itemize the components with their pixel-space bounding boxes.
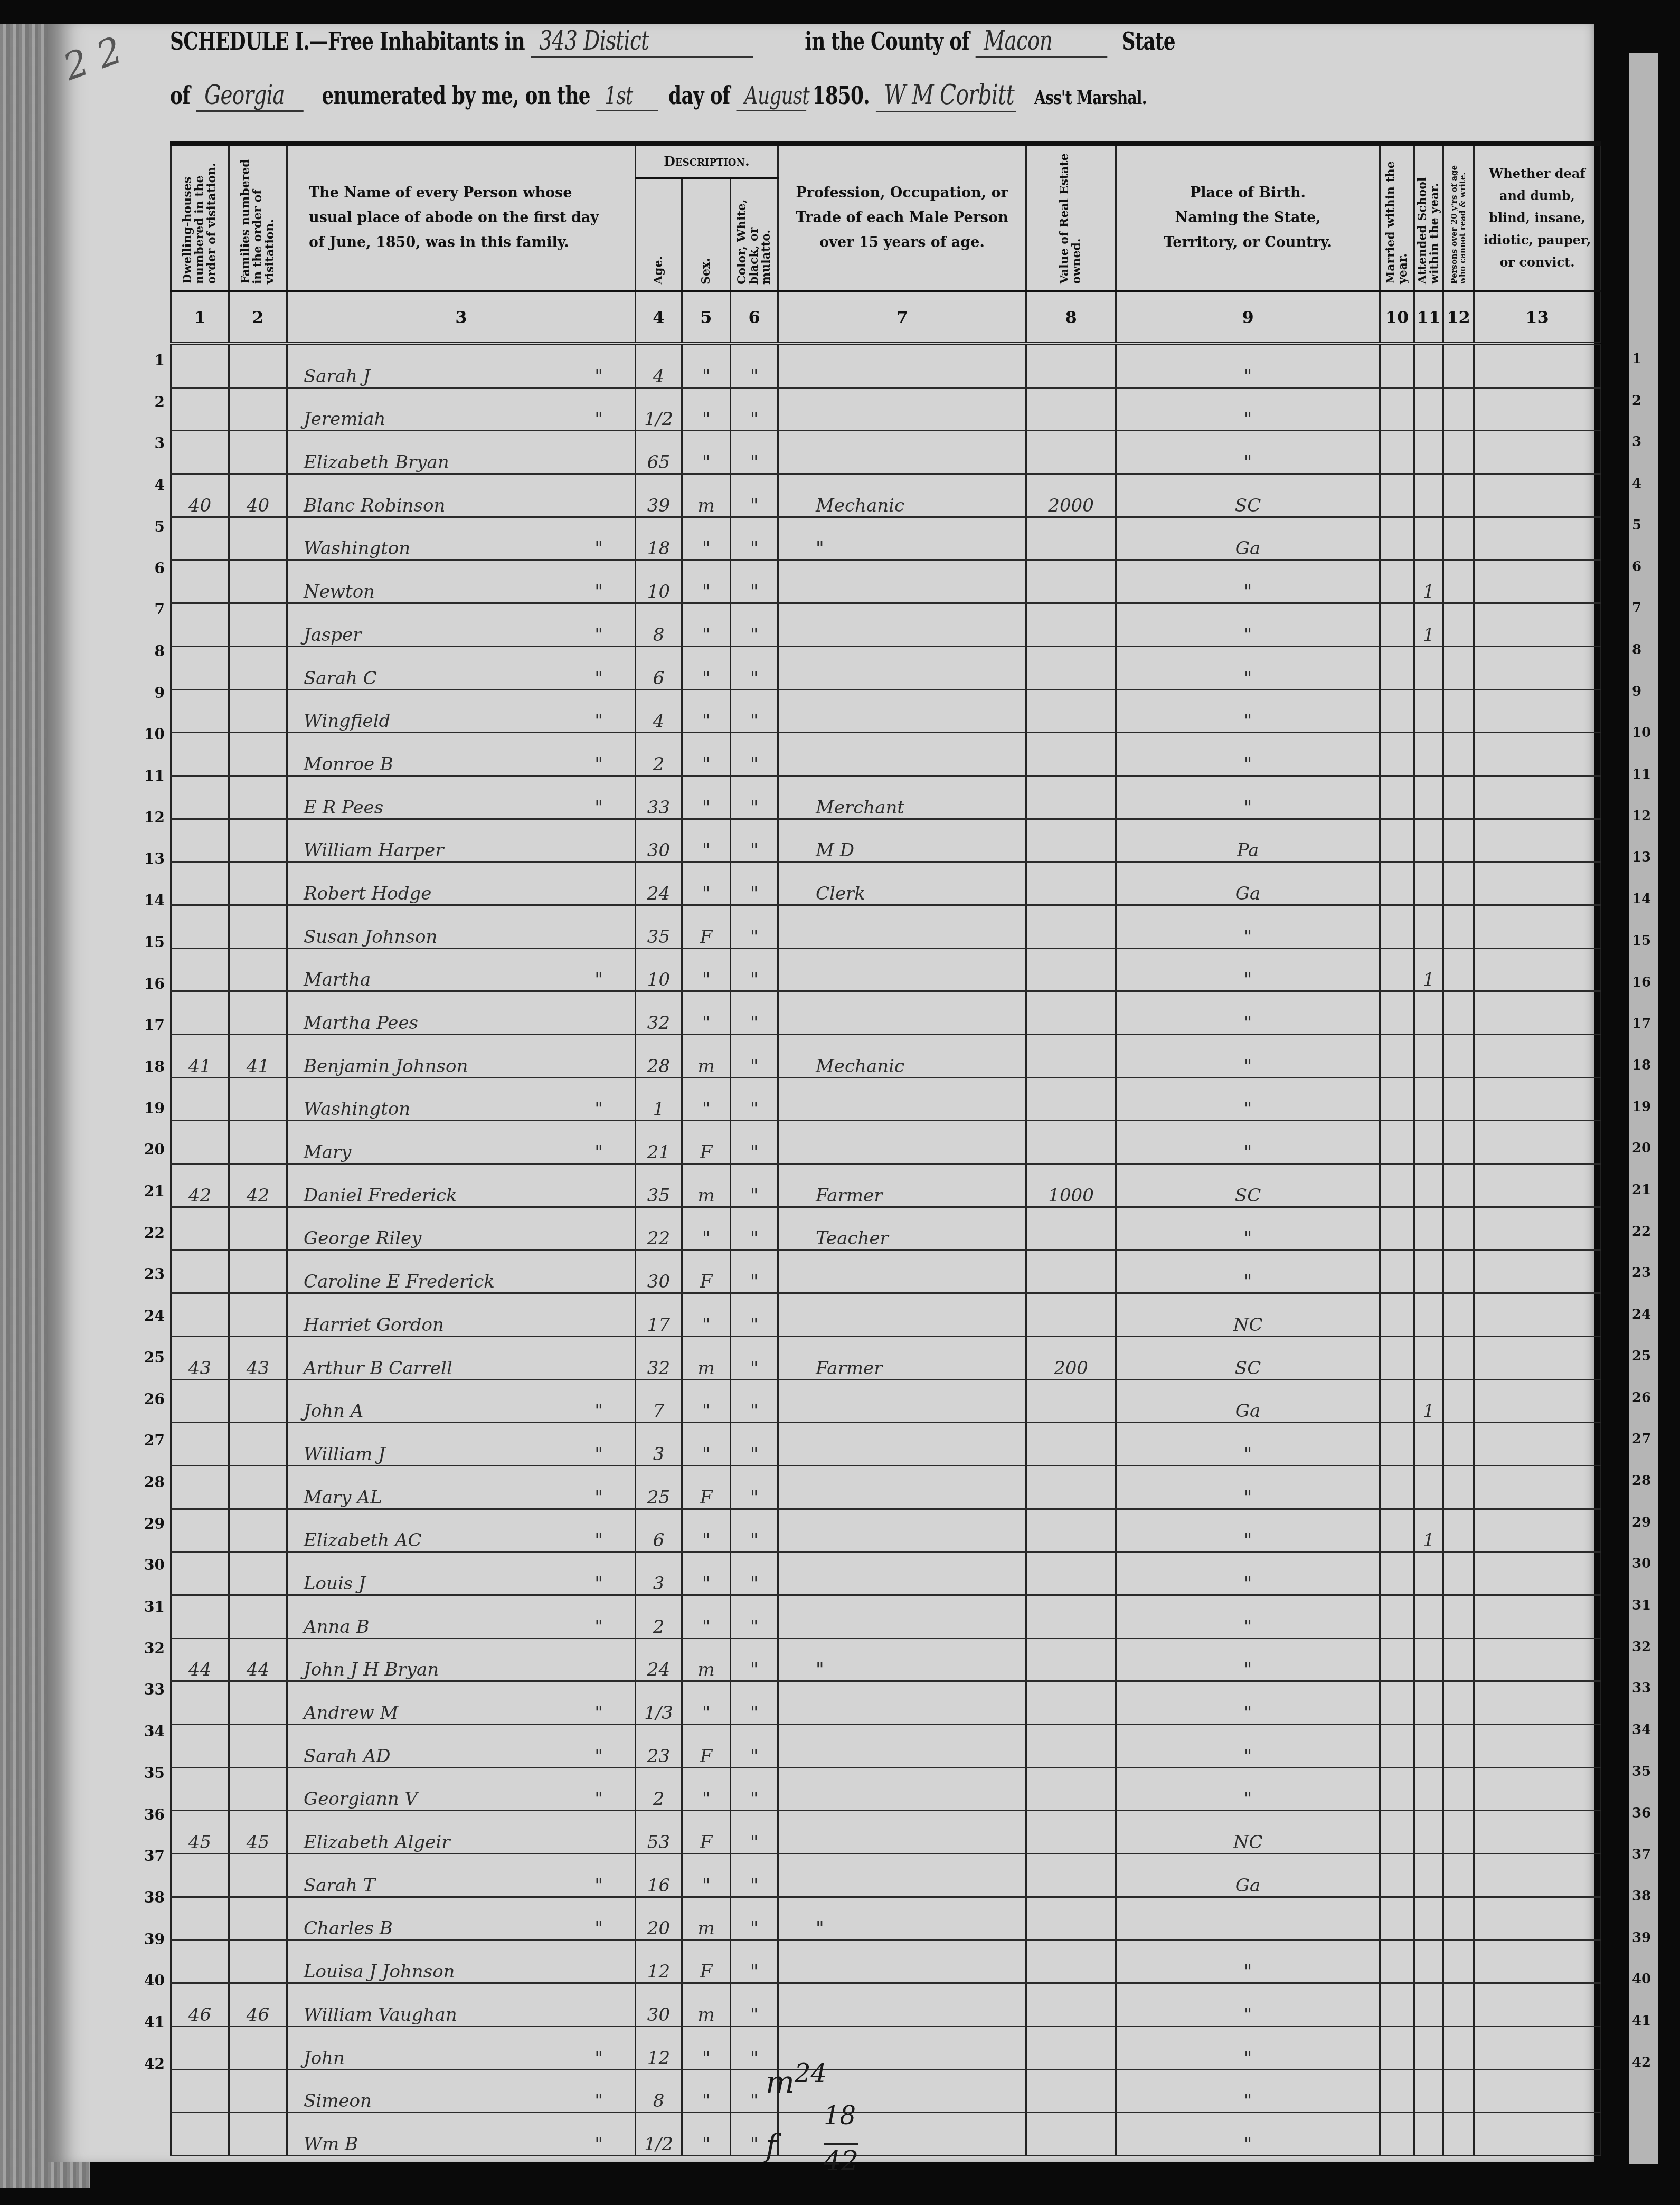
married-in-year-cell: [1380, 905, 1414, 948]
occupation-cell: [778, 1681, 1026, 1725]
surname-ditto-mark: ": [594, 797, 603, 818]
married-in-year-cell: [1380, 991, 1414, 1035]
line-number: 12: [138, 809, 165, 826]
state-field: Georgia: [196, 80, 304, 112]
person-name-cell: Caroline E Frederick: [287, 1250, 636, 1293]
table-row: Sarah J"4""": [171, 344, 1601, 387]
married-in-year-cell: [1380, 431, 1414, 474]
dwelling-number-cell: [171, 1595, 229, 1638]
dwelling-number-cell: 46: [171, 1983, 229, 2027]
condition-cell: [1474, 1207, 1601, 1250]
condition-cell: [1474, 1336, 1601, 1379]
age: 30: [647, 2004, 670, 2026]
birthplace-cell: ": [1116, 1725, 1380, 1768]
next-page-line-number: 12: [1632, 808, 1651, 824]
cannot-read-write-cell: [1443, 905, 1474, 948]
attended-school-cell: [1414, 1854, 1443, 1897]
color: ": [750, 2134, 759, 2155]
birthplace: ": [1244, 711, 1252, 732]
line-number: 29: [138, 1515, 165, 1532]
line-number: 38: [138, 1889, 165, 1906]
table-row: 4343Arthur B Carrell32m"Farmer200SC: [171, 1336, 1601, 1379]
age: 1/3: [644, 1702, 673, 1724]
surname-ditto-mark: ": [594, 668, 603, 689]
family-number-cell: [229, 1940, 287, 1983]
dwelling-number-cell: [171, 948, 229, 991]
table-row: Jasper"8"""1: [171, 603, 1601, 647]
married-in-year-cell: [1380, 1423, 1414, 1466]
age: 30: [647, 1271, 670, 1292]
age-cell: 30: [636, 819, 682, 862]
col-dwelling-header: Dwelling-houses numbered in the order of…: [171, 144, 229, 291]
family-number: 40: [247, 495, 269, 516]
line-number: 19: [138, 1100, 165, 1117]
enumerated-label: enumerated by me, on the: [322, 81, 590, 110]
age-cell: 10: [636, 948, 682, 991]
schedule-label: SCHEDULE I.—Free Inhabitants in: [170, 27, 525, 55]
condition-cell: [1474, 819, 1601, 862]
cannot-read-write-cell: [1443, 2113, 1474, 2156]
color-cell: ": [731, 775, 778, 819]
color-cell: ": [731, 1681, 778, 1725]
table-row: 4444John J H Bryan24m""": [171, 1638, 1601, 1681]
col-birthplace-header: Place of Birth. Naming the State, Territ…: [1116, 144, 1380, 291]
birthplace: ": [1244, 926, 1252, 948]
dwelling-number-cell: [171, 603, 229, 647]
birthplace-cell: ": [1116, 1552, 1380, 1595]
person-name: Simeon: [304, 2090, 372, 2112]
real-estate-value-cell: [1026, 1940, 1116, 1983]
birthplace: ": [1244, 452, 1252, 473]
person-name: Susan Johnson: [304, 926, 437, 948]
condition-cell: [1474, 1767, 1601, 1811]
dwelling-number-cell: [171, 1509, 229, 1552]
color: ": [750, 1056, 759, 1077]
occupation: ": [816, 538, 824, 559]
condition-cell: [1474, 1854, 1601, 1897]
line-number: 41: [138, 2013, 165, 2031]
next-page-line-number: 19: [1632, 1099, 1651, 1115]
occupation-cell: [778, 1509, 1026, 1552]
next-page-line-number: 8: [1632, 642, 1641, 658]
sex-cell: ": [682, 2026, 731, 2069]
next-page-line-number: 36: [1632, 1805, 1651, 1821]
person-name-cell: Blanc Robinson: [287, 474, 636, 517]
line-number: 2: [138, 393, 165, 411]
sex-cell: F: [682, 1465, 731, 1509]
sex: ": [702, 2090, 711, 2112]
family-number-cell: 40: [229, 474, 287, 517]
cannot-read-write-cell: [1443, 474, 1474, 517]
color: ": [750, 409, 759, 430]
line-number: 34: [138, 1723, 165, 1740]
sex-cell: F: [682, 1940, 731, 1983]
real-estate-value-cell: [1026, 517, 1116, 560]
birthplace-cell: ": [1116, 387, 1380, 431]
sex-cell: ": [682, 344, 731, 387]
next-page-line-number: 15: [1632, 933, 1651, 949]
sex-cell: F: [682, 1725, 731, 1768]
age-cell: 30: [636, 1250, 682, 1293]
color-cell: ": [731, 1465, 778, 1509]
next-page-line-number: 18: [1632, 1057, 1651, 1073]
sex-cell: ": [682, 862, 731, 905]
sex-cell: ": [682, 517, 731, 560]
attended-school-cell: [1414, 991, 1443, 1035]
family-number-cell: [229, 517, 287, 560]
age: 53: [647, 1832, 670, 1853]
dwelling-number-cell: [171, 1681, 229, 1725]
cannot-read-write-cell: [1443, 603, 1474, 647]
next-page-edge: 1234567891011121314151617181920212223242…: [1629, 53, 1658, 2164]
attended-school-cell: [1414, 775, 1443, 819]
color-cell: ": [731, 689, 778, 733]
married-in-year-cell: [1380, 344, 1414, 387]
occupation-cell: M D: [778, 819, 1026, 862]
table-row: John A"7""Ga1: [171, 1379, 1601, 1423]
next-page-line-number: 11: [1632, 766, 1651, 782]
person-name: John A: [304, 1400, 363, 1422]
sex-cell: ": [682, 2069, 731, 2113]
real-estate-value-cell: [1026, 1725, 1116, 1768]
age-cell: 65: [636, 431, 682, 474]
condition-cell: [1474, 1811, 1601, 1854]
condition-cell: [1474, 689, 1601, 733]
occupation: Farmer: [816, 1358, 882, 1379]
cannot-read-write-cell: [1443, 1638, 1474, 1681]
sex: m: [697, 1659, 714, 1680]
color-cell: ": [731, 1854, 778, 1897]
table-row: George Riley22""Teacher": [171, 1207, 1601, 1250]
district-field: 343 Distict: [531, 25, 753, 58]
person-name: Georgiann V: [304, 1788, 418, 1810]
line-number: 31: [138, 1598, 165, 1615]
attended-school-cell: [1414, 1595, 1443, 1638]
surname-ditto-mark: ": [594, 1487, 603, 1508]
next-page-line-number: 2: [1632, 393, 1641, 409]
married-in-year-cell: [1380, 2026, 1414, 2069]
married-in-year-cell: [1380, 2113, 1414, 2156]
married-in-year-cell: [1380, 1509, 1414, 1552]
next-page-line-number: 1: [1632, 351, 1641, 367]
line-number: 37: [138, 1847, 165, 1865]
dwelling-number: 43: [188, 1358, 211, 1379]
surname-ditto-mark: ": [594, 711, 603, 732]
person-name-cell: Washington": [287, 517, 636, 560]
table-row: 4545Elizabeth Algeir53F"NC: [171, 1811, 1601, 1854]
age: 32: [647, 1012, 670, 1034]
table-row: Mary AL"25F"": [171, 1465, 1601, 1509]
occupation-cell: [778, 1293, 1026, 1337]
color-cell: ": [731, 1336, 778, 1379]
color-cell: ": [731, 1725, 778, 1768]
birthplace-cell: ": [1116, 1035, 1380, 1078]
color-cell: ": [731, 474, 778, 517]
surname-ditto-mark: ": [594, 1530, 603, 1551]
birthplace-cell: Ga: [1116, 1854, 1380, 1897]
surname-ditto-mark: ": [594, 969, 603, 990]
next-page-line-number: 4: [1632, 476, 1641, 491]
table-row: Simeon"8""": [171, 2069, 1601, 2113]
married-in-year-cell: [1380, 603, 1414, 647]
sex-cell: ": [682, 646, 731, 689]
age-cell: 3: [636, 1423, 682, 1466]
cannot-read-write-cell: [1443, 862, 1474, 905]
birthplace-cell: SC: [1116, 1164, 1380, 1207]
condition-cell: [1474, 1423, 1601, 1466]
sex-cell: m: [682, 1336, 731, 1379]
married-in-year-cell: [1380, 387, 1414, 431]
condition-cell: [1474, 1379, 1601, 1423]
table-row: Charles B"20m"": [171, 1897, 1601, 1940]
attended-school: 1: [1423, 1530, 1434, 1551]
family-number-cell: [229, 1595, 287, 1638]
attended-school-cell: [1414, 1465, 1443, 1509]
age-cell: 20: [636, 1897, 682, 1940]
sex: F: [700, 1487, 713, 1508]
person-name: William Vaughan: [304, 2004, 457, 2026]
next-page-line-number: 32: [1632, 1639, 1651, 1655]
sex: ": [702, 1702, 711, 1724]
birthplace: ": [1244, 1487, 1252, 1508]
real-estate-value-cell: [1026, 344, 1116, 387]
sex: ": [702, 1444, 711, 1465]
age: 30: [647, 840, 670, 861]
birthplace-cell: ": [1116, 1509, 1380, 1552]
married-in-year-cell: [1380, 1595, 1414, 1638]
family-number: 45: [247, 1832, 269, 1853]
age-cell: 6: [636, 646, 682, 689]
sex: ": [702, 1875, 711, 1896]
color: ": [750, 1099, 759, 1120]
birthplace: Ga: [1235, 538, 1260, 559]
age: 35: [647, 1185, 670, 1206]
occupation-cell: Mechanic: [778, 1035, 1026, 1078]
line-number: 8: [138, 642, 165, 660]
attended-school-cell: [1414, 474, 1443, 517]
census-table: Dwelling-houses numbered in the order of…: [170, 141, 1601, 2156]
age: 8: [653, 2090, 665, 2112]
sex: ": [702, 754, 711, 775]
person-name-cell: John A": [287, 1379, 636, 1423]
occupation-cell: Mechanic: [778, 474, 1026, 517]
surname-ditto-mark: ": [594, 1444, 603, 1465]
birthplace-cell: ": [1116, 991, 1380, 1035]
attended-school: 1: [1423, 581, 1434, 602]
line-number: 4: [138, 476, 165, 494]
age-cell: 33: [636, 775, 682, 819]
real-estate-value-cell: [1026, 1552, 1116, 1595]
family-number-cell: [229, 1423, 287, 1466]
sex-cell: m: [682, 1638, 731, 1681]
birthplace-cell: ": [1116, 1207, 1380, 1250]
person-name: Wm B: [304, 2134, 358, 2155]
age: 6: [653, 668, 665, 689]
attended-school-cell: [1414, 1983, 1443, 2027]
real-estate-value-cell: [1026, 1638, 1116, 1681]
birthplace: SC: [1235, 1185, 1261, 1206]
sex: ": [702, 1012, 711, 1034]
attended-school-cell: [1414, 733, 1443, 776]
sex: ": [702, 883, 711, 904]
next-page-line-number: 29: [1632, 1515, 1651, 1530]
tally-total: 42: [824, 2143, 858, 2177]
next-page-line-number: 7: [1632, 600, 1641, 616]
sex-cell: F: [682, 1121, 731, 1164]
dwelling-number: 46: [188, 2004, 211, 2026]
age: 4: [653, 711, 665, 732]
family-number-cell: [229, 603, 287, 647]
age-cell: 1: [636, 1077, 682, 1121]
condition-cell: [1474, 646, 1601, 689]
family-number-cell: [229, 344, 287, 387]
line-number: 33: [138, 1681, 165, 1698]
color: ": [750, 624, 759, 646]
table-row: 4040Blanc Robinson39m"Mechanic2000SC: [171, 474, 1601, 517]
line-number: 32: [138, 1640, 165, 1657]
person-name-cell: William Harper: [287, 819, 636, 862]
attended-school-cell: [1414, 689, 1443, 733]
birthplace: SC: [1235, 1358, 1261, 1379]
family-number: 44: [247, 1659, 269, 1680]
color-cell: ": [731, 1121, 778, 1164]
cannot-read-write-cell: [1443, 2026, 1474, 2069]
col-school-header: Attended School within the year.: [1414, 144, 1443, 291]
occupation-cell: [778, 1725, 1026, 1768]
birthplace-cell: ": [1116, 1983, 1380, 2027]
table-row: Washington"1""": [171, 1077, 1601, 1121]
dwelling-number: 41: [188, 1056, 211, 1077]
real-estate-value-cell: [1026, 1465, 1116, 1509]
cannot-read-write-cell: [1443, 1250, 1474, 1293]
person-name: Louisa J Johnson: [304, 1961, 455, 1982]
line-number: 27: [138, 1432, 165, 1449]
col-name-header: The Name of every Person whose usual pla…: [287, 144, 636, 291]
attended-school-cell: 1: [1414, 560, 1443, 603]
dwelling-number-cell: [171, 2026, 229, 2069]
cannot-read-write-cell: [1443, 344, 1474, 387]
cannot-read-write-cell: [1443, 819, 1474, 862]
person-name: Robert Hodge: [304, 883, 431, 904]
sex: F: [700, 1142, 713, 1163]
dwelling-number-cell: [171, 1250, 229, 1293]
condition-cell: [1474, 560, 1601, 603]
age: 2: [653, 1616, 665, 1638]
real-estate-value-cell: 2000: [1026, 474, 1116, 517]
married-in-year-cell: [1380, 862, 1414, 905]
color: ": [750, 1918, 759, 1939]
line-number: 3: [138, 434, 165, 452]
next-page-line-number: 40: [1632, 1971, 1651, 1987]
condition-cell: [1474, 1595, 1601, 1638]
real-estate-value-cell: [1026, 1509, 1116, 1552]
married-in-year-cell: [1380, 1767, 1414, 1811]
table-row: Susan Johnson35F"": [171, 905, 1601, 948]
month-field: August: [736, 81, 806, 111]
attended-school-cell: [1414, 387, 1443, 431]
line-number: 18: [138, 1058, 165, 1075]
person-name: Elizabeth AC: [304, 1530, 422, 1551]
age-cell: 10: [636, 560, 682, 603]
condition-cell: [1474, 1250, 1601, 1293]
color: ": [750, 1573, 759, 1594]
real-estate-value-cell: [1026, 1595, 1116, 1638]
person-name: Washington: [304, 1099, 410, 1120]
sex: ": [702, 1314, 711, 1336]
occupation-cell: [778, 1811, 1026, 1854]
sex: F: [700, 1271, 713, 1292]
occupation: Mechanic: [816, 1056, 904, 1077]
occupation-cell: ": [778, 517, 1026, 560]
condition-cell: [1474, 474, 1601, 517]
person-name: Sarah T: [304, 1875, 375, 1896]
family-number-cell: [229, 2113, 287, 2156]
table-row: Wingfield"4""": [171, 689, 1601, 733]
condition-cell: [1474, 1077, 1601, 1121]
birthplace-cell: Ga: [1116, 517, 1380, 560]
person-name-cell: Anna B": [287, 1595, 636, 1638]
birthplace: ": [1244, 1228, 1252, 1249]
sex: ": [702, 581, 711, 602]
next-page-line-number: 5: [1632, 517, 1641, 533]
color: ": [750, 840, 759, 861]
person-name-cell: Newton": [287, 560, 636, 603]
cannot-read-write-cell: [1443, 733, 1474, 776]
birthplace-cell: ": [1116, 1465, 1380, 1509]
real-estate-value-cell: [1026, 1121, 1116, 1164]
next-page-line-number: 16: [1632, 974, 1651, 990]
color: ": [750, 1400, 759, 1422]
next-page-line-number: 27: [1632, 1431, 1651, 1447]
line-number: 16: [138, 975, 165, 992]
birthplace: ": [1244, 797, 1252, 818]
cannot-read-write-cell: [1443, 1940, 1474, 1983]
dwelling-number-cell: [171, 1897, 229, 1940]
real-estate-value-cell: [1026, 733, 1116, 776]
age-cell: 35: [636, 1164, 682, 1207]
cannot-read-write-cell: [1443, 948, 1474, 991]
family-number: 43: [247, 1358, 269, 1379]
table-row: Sarah C"6""": [171, 646, 1601, 689]
dwelling-number: 45: [188, 1832, 211, 1853]
age-cell: 2: [636, 1595, 682, 1638]
condition-cell: [1474, 1681, 1601, 1725]
married-in-year-cell: [1380, 1725, 1414, 1768]
age-cell: 8: [636, 2069, 682, 2113]
person-name: Louis J: [304, 1573, 366, 1594]
sex: ": [702, 624, 711, 646]
real-estate-value-cell: [1026, 1811, 1116, 1854]
person-name-cell: John": [287, 2026, 636, 2069]
cannot-read-write-cell: [1443, 1293, 1474, 1337]
table-row: Elizabeth AC"6"""1: [171, 1509, 1601, 1552]
married-in-year-cell: [1380, 517, 1414, 560]
birthplace: ": [1244, 1444, 1252, 1465]
dwelling-number-cell: [171, 1552, 229, 1595]
next-page-line-number: 25: [1632, 1348, 1651, 1364]
occupation: ": [816, 1918, 824, 1939]
surname-ditto-mark: ": [594, 1142, 603, 1163]
occupation-cell: [778, 689, 1026, 733]
birthplace: ": [1244, 1659, 1252, 1680]
age-cell: 3: [636, 1552, 682, 1595]
attended-school-cell: [1414, 1940, 1443, 1983]
condition-cell: [1474, 948, 1601, 991]
person-name-cell: Elizabeth Bryan: [287, 431, 636, 474]
cannot-read-write-cell: [1443, 689, 1474, 733]
col-illiterate-header: Persons over 20 y'rs of age who cannot r…: [1443, 144, 1474, 291]
age-cell: 23: [636, 1725, 682, 1768]
